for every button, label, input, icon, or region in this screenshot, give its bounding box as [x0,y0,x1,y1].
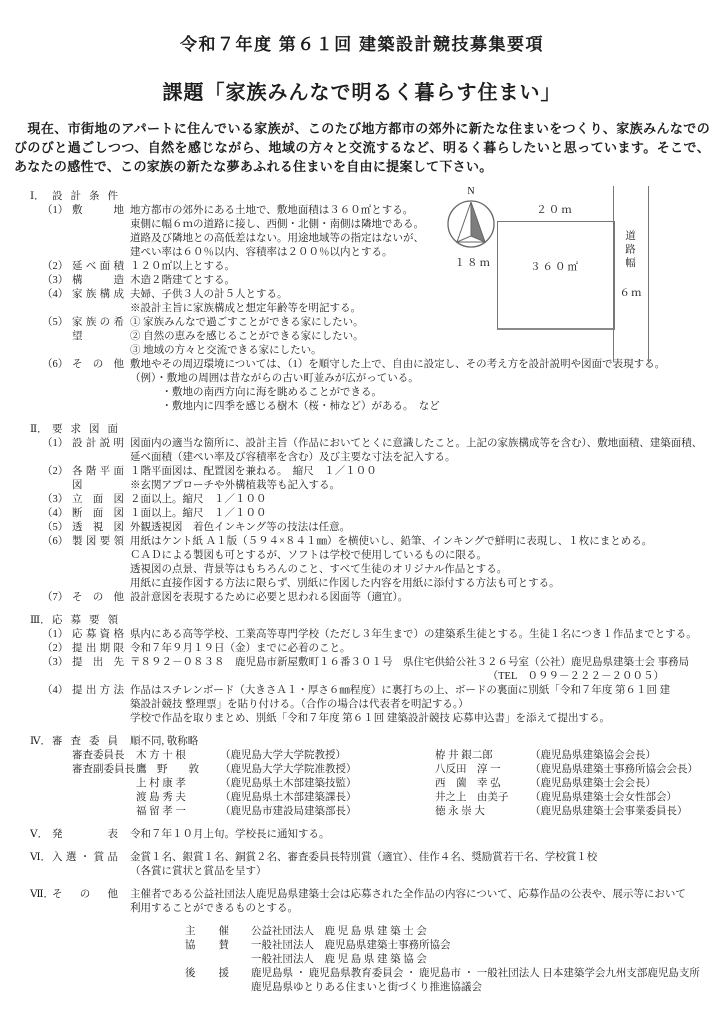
section-heading: Ⅳ．審査委員順不同, 敬称略 [30,735,710,749]
judge-role [72,777,136,791]
item-number: （1） [42,628,72,642]
judge-name: 八反田 淳 一 [435,763,530,777]
item-row: （6）製図要領用紙はケント紙 Ａ１版（５９４×８４１㎜）を横使いし、鉛筆、インキ… [30,535,710,591]
section-number: Ⅶ． [30,888,52,916]
item-label: 家族構成 [72,288,124,316]
road-edge-line [648,186,649,362]
judges-list: 審査委員長木 方 十 根（鹿児島大学大学院教授）栫 井 銀二郎（鹿児島県建築協会… [30,749,710,819]
judge-name: 栫 井 銀二郎 [435,749,530,763]
organizer-line: 一般社団法人 鹿 児 島 県 建 築 協 会 [251,953,710,967]
organizer-role-label: 後援 [185,967,229,995]
item-line: ※玄関アプローチや外構植栽等も記入する。 [130,479,710,493]
judge-name: 井之上 由美子 [435,791,530,805]
item-number: （4） [42,288,72,316]
section-heading: Ⅶ．その他主催者である公益社団法人鹿児島県建築士会は応募された全作品の内容につい… [30,888,710,916]
item-line: 〒８９２－０８３８ 鹿児島市新屋敷町１６番３０１号 県住宅供給公社３２６号室（公… [130,656,710,670]
item-line: 県内にある高等学校、工業高等専門学校（ただし３年生まで）の建築系生徒とする。生徒… [130,628,710,642]
item-line: １階平面図は、配置図を兼ねる。 縮尺 １／１００ [130,465,710,479]
item-label: 提出先 [72,656,124,684]
item-number: （3） [42,493,72,507]
item-number: （1） [42,204,72,260]
item-row: （2）提出期限令和７年９月１９日（金）までに必着のこと。 [30,642,710,656]
organizer-row: 後援鹿児島県 ・ 鹿児島県教育委員会 ・ 鹿児島市 ・ 一般社団法人 日本建築学… [185,967,710,995]
judge-organization: （鹿児島大学大学院准教授） [220,763,435,777]
item-label: 設計説明 [72,437,124,465]
section-number: Ⅱ． [30,423,52,437]
organizer-names: 公益社団法人 鹿 児 島 県 建 築 士 会 [251,925,710,939]
item-content: 作品はスチレンボード（大きさＡ１・厚さ６㎜程度）に裏打ちの上、ボードの裏面に別紙… [130,684,710,726]
item-label: 提出方法 [72,684,124,726]
item-number: （3） [42,274,72,288]
item-label: 立面図 [72,493,124,507]
item-number: （6） [42,358,72,414]
section-title: その他 [52,888,118,916]
judge-row: 上 村 康 孝（鹿児島県土木部建築技監）西 薗 幸 弘（鹿児島県建築士会会長） [72,777,710,791]
judge-row: 審査委員長木 方 十 根（鹿児島大学大学院教授）栫 井 銀二郎（鹿児島県建築協会… [72,749,710,763]
judge-role: 審査委員長 [72,749,136,763]
item-row: （6）その他敷地やその周辺環境については、（1）を順守した上で、自由に設定し、そ… [30,358,710,414]
item-line: 築設計競技 整理票」を貼り付ける。（合作の場合は代表者を明記する。） [130,698,710,712]
item-row: （2）各階平面図１階平面図は、配置図を兼ねる。 縮尺 １／１００※玄関アプローチ… [30,465,710,493]
item-label: 家族の希望 [72,316,124,358]
section-heading: Ⅵ．入選・賞品金賞１名、銀賞１名、銅賞２名、審査委員長特別賞（適宜）、佳作４名、… [30,851,710,879]
item-content: 図面内の適当な箇所に、設計主旨（作品においてとくに意識したこと。上記の家族構成等… [130,437,710,465]
section-line: 利用することができるものとする。 [130,902,710,916]
item-content: 敷地やその周辺環境については、（1）を順守した上で、自由に設定し、その考え方を設… [130,358,710,414]
item-line: ＣＡＤによる製図も可とするが、ソフトは学校で使用しているものに限る。 [130,549,710,563]
item-line: 延べ面積（建ぺい率及び容積率を含む）及び主要な寸法を記入する。 [130,451,710,465]
section-title: 審査委員 [52,735,118,749]
item-content: 県内にある高等学校、工業高等専門学校（ただし３年生まで）の建築系生徒とする。生徒… [130,628,710,642]
item-line: 図面内の適当な箇所に、設計主旨（作品においてとくに意識したこと。上記の家族構成等… [130,437,710,451]
judge-row: 渡 島 秀 夫（鹿児島県土木部建築課長）井之上 由美子（鹿児島県建築士会女性部会… [72,791,710,805]
section-line: 金賞１名、銀賞１名、銅賞２名、審査委員長特別賞（適宜）、佳作４名、奨励賞若干名、… [130,851,710,865]
item-line: 作品はスチレンボード（大きさＡ１・厚さ６㎜程度）に裏打ちの上、ボードの裏面に別紙… [130,684,710,698]
item-line: ・敷地内に四季を感じる樹木（桜・柿など）がある。 など [130,400,710,414]
section-title: 要求図面 [52,423,118,437]
judge-organization: （鹿児島市建設局建築部長） [220,805,435,819]
judge-organization: （鹿児島県土木部建築技監） [220,777,435,791]
section-content: 令和７年１０月上旬。学校長に通知する。 [130,828,710,842]
item-line: 用紙に直接作図する方法に限らず、別紙に作図した内容を用紙に添付する方法も可とする… [130,577,710,591]
item-row: （5）透視図外観透視図 着色インキング等の技法は任意。 [30,521,710,535]
organizer-line: 鹿児島県ゆとりある住まいと街づくり推進協議会 [251,981,710,995]
competition-theme: 課題「家族みんなで明るく暮らす住まい」 [0,76,724,105]
item-number: （7） [42,591,72,605]
item-line: 外観透視図 着色インキング等の技法は任意。 [130,521,710,535]
item-line: 設計意図を表現するために必要と思われる図面等（適宜）。 [130,591,710,605]
north-compass: N [443,186,499,253]
organizer-line: 一般社団法人 鹿児島県建築士事務所協会 [251,939,710,953]
item-line: 学校で作品を取りまとめ、別紙「令和７年度 第６１回 建築設計競技 応募申込書」を… [130,712,710,726]
section-number: Ⅲ． [30,614,52,628]
item-content: 〒８９２－０８３８ 鹿児島市新屋敷町１６番３０１号 県住宅供給公社３２６号室（公… [130,656,710,684]
organizer-names: 鹿児島県 ・ 鹿児島県教育委員会 ・ 鹿児島市 ・ 一般社団法人 日本建築学会九… [251,967,710,995]
item-label: 提出期限 [72,642,124,656]
judge-row: 審査副委員長鷹 野 敦（鹿児島大学大学院准教授）八反田 淳 一（鹿児島県建築士事… [72,763,710,777]
judge-name: 上 村 康 孝 [136,777,220,791]
item-content: １階平面図は、配置図を兼ねる。 縮尺 １／１００※玄関アプローチや外構植栽等も記… [130,465,710,493]
section-content: 主催者である公益社団法人鹿児島県建築士会は応募された全作品の内容について、応募作… [130,888,710,916]
section-title: 応募要領 [52,614,118,628]
item-line: （TEL ０９９－２２２－２００５） [130,670,710,684]
item-label: 断面図 [72,507,124,521]
item-row: （7）その他設計意図を表現するために必要と思われる図面等（適宜）。 [30,591,710,605]
judges-note: 順不同, 敬称略 [130,735,710,749]
section: Ⅱ．要求図面（1）設計説明図面内の適当な箇所に、設計主旨（作品においてとくに意識… [30,423,710,605]
item-number: （2） [42,465,72,493]
item-label: 透視図 [72,521,124,535]
section-number: Ⅵ． [30,851,52,879]
item-label: 製図要領 [72,535,124,591]
site-dimension-top: ２０ｍ [497,202,613,217]
judge-name: 渡 島 秀 夫 [136,791,220,805]
document-page: 令和７年度 第６１回 建築設計競技募集要項 課題「家族みんなで明るく暮らす住まい… [0,0,724,1024]
section: Ⅲ．応募要領（1）応募資格県内にある高等学校、工業高等専門学校（ただし３年生まで… [30,614,710,726]
section-heading: Ⅱ．要求図面 [30,423,710,437]
item-number: （4） [42,684,72,726]
item-line: ２面以上。縮尺 １／１００ [130,493,710,507]
item-row: （1）設計説明図面内の適当な箇所に、設計主旨（作品においてとくに意識したこと。上… [30,437,710,465]
judge-name: 西 薗 幸 弘 [435,777,530,791]
item-number: （3） [42,656,72,684]
judge-role [72,791,136,805]
organizer-line: 鹿児島県 ・ 鹿児島県教育委員会 ・ 鹿児島市 ・ 一般社団法人 日本建築学会九… [251,967,710,981]
item-content: 用紙はケント紙 Ａ１版（５９４×８４１㎜）を横使いし、鉛筆、インキングで鮮明に表… [130,535,710,591]
item-row: （4）断面図１面以上。縮尺 １／１００ [30,507,710,521]
site-dimension-left: １８ｍ [444,255,492,270]
item-line: 令和７年９月１９日（金）までに必着のこと。 [130,642,710,656]
judge-row: 福 留 孝 一（鹿児島市建設局建築部長）徳 永 崇 大（鹿児島県建築士会事業委員… [72,805,710,819]
item-label: 延べ面積 [72,260,124,274]
site-area-label: ３６０㎡ [497,259,613,274]
item-row: （3）提出先〒８９２－０８３８ 鹿児島市新屋敷町１６番３０１号 県住宅供給公社３… [30,656,710,684]
section: Ⅶ．その他主催者である公益社団法人鹿児島県建築士会は応募された全作品の内容につい… [30,888,710,916]
intro-paragraph: 現在、市街地のアパートに住んでいる家族が、このたび地方都市の郊外に新たな住まいを… [14,119,710,177]
judge-role [72,805,136,819]
judge-role: 審査副委員長 [72,763,136,777]
item-label: 応募資格 [72,628,124,642]
organizers-block: 主催公益社団法人 鹿 児 島 県 建 築 士 会協賛一般社団法人 鹿児島県建築士… [30,925,710,995]
judge-organization: （鹿児島県建築士会事業委員長） [530,805,710,819]
item-row: （4）提出方法作品はスチレンボード（大きさＡ１・厚さ６㎜程度）に裏打ちの上、ボー… [30,684,710,726]
item-number: （5） [42,316,72,358]
section-heading: Ⅲ．応募要領 [30,614,710,628]
item-content: １面以上。縮尺 １／１００ [130,507,710,521]
section: Ⅳ．審査委員順不同, 敬称略審査委員長木 方 十 根（鹿児島大学大学院教授）栫 … [30,735,710,819]
judge-organization: （鹿児島大学大学院教授） [220,749,435,763]
judge-name: 鷹 野 敦 [136,763,220,777]
item-label: 敷地 [72,204,124,260]
organizer-row: 主催公益社団法人 鹿 児 島 県 建 築 士 会 [185,925,710,939]
item-content: 令和７年９月１９日（金）までに必着のこと。 [130,642,710,656]
item-line: 用紙はケント紙 Ａ１版（５９４×８４１㎜）を横使いし、鉛筆、インキングで鮮明に表… [130,535,710,549]
section-number: Ⅰ． [30,190,52,204]
section-content: 金賞１名、銀賞１名、銅賞２名、審査委員長特別賞（適宜）、佳作４名、奨励賞若干名、… [130,851,710,879]
site-boundary [497,221,615,330]
site-plan-diagram: N ２０ｍ １８ｍ ３６０㎡ 道路幅 ６ｍ [440,186,724,364]
north-compass-icon [445,198,497,250]
section: Ⅵ．入選・賞品金賞１名、銀賞１名、銅賞２名、審査委員長特別賞（適宜）、佳作４名、… [30,851,710,879]
judge-organization: （鹿児島県建築士会女性部会） [530,791,710,805]
section-number: Ⅳ． [30,735,52,749]
section-number: Ⅴ． [30,828,52,842]
judge-name: 徳 永 崇 大 [435,805,530,819]
item-number: （5） [42,521,72,535]
organizer-row: 協賛一般社団法人 鹿児島県建築士事務所協会一般社団法人 鹿 児 島 県 建 築 … [185,939,710,967]
item-number: （2） [42,260,72,274]
item-number: （2） [42,642,72,656]
organizer-role-label: 主催 [185,925,229,939]
judge-organization: （鹿児島県建築協会会長） [530,749,710,763]
document-title: 令和７年度 第６１回 建築設計競技募集要項 [0,30,724,55]
judge-organization: （鹿児島県土木部建築課長） [220,791,435,805]
item-number: （4） [42,507,72,521]
section: Ⅴ．発表令和７年１０月上旬。学校長に通知する。 [30,828,710,842]
item-label: 構造 [72,274,124,288]
item-content: 設計意図を表現するために必要と思われる図面等（適宜）。 [130,591,710,605]
item-label: 各階平面図 [72,465,124,493]
item-line: 透視図の点景、背景等はもちろんのこと、すべて生徒のオリジナル作品とする。 [130,563,710,577]
organizer-names: 一般社団法人 鹿児島県建築士事務所協会一般社団法人 鹿 児 島 県 建 築 協 … [251,939,710,967]
item-line: １面以上。縮尺 １／１００ [130,507,710,521]
road-label: 道路幅 [622,230,637,271]
item-content: ２面以上。縮尺 １／１００ [130,493,710,507]
item-label: その他 [72,591,124,605]
judge-organization: （鹿児島県建築士会会長） [530,777,710,791]
item-row: （3）立面図２面以上。縮尺 １／１００ [30,493,710,507]
item-number: （6） [42,535,72,591]
section-heading: Ⅴ．発表令和７年１０月上旬。学校長に通知する。 [30,828,710,842]
section-line: （各賞に賞状と賞品を呈す） [130,865,710,879]
section-line: 令和７年１０月上旬。学校長に通知する。 [130,828,710,842]
road-width-label: ６ｍ [616,285,646,300]
judge-organization: （鹿児島県建築士事務所協会会長） [530,763,710,777]
organizer-role-label: 協賛 [185,939,229,967]
item-content: 外観透視図 着色インキング等の技法は任意。 [130,521,710,535]
item-row: （1）応募資格県内にある高等学校、工業高等専門学校（ただし３年生まで）の建築系生… [30,628,710,642]
section-title: 入選・賞品 [52,851,118,879]
judge-name: 福 留 孝 一 [136,805,220,819]
item-label: その他 [72,358,124,414]
item-line: ・敷地の南西方向に海を眺めることができる。 [130,386,710,400]
item-line: （例）・敷地の周囲は昔ながらの古い町並みが広がっている。 [130,372,710,386]
north-label: N [443,186,499,197]
section-line: 主催者である公益社団法人鹿児島県建築士会は応募された全作品の内容について、応募作… [130,888,710,902]
organizer-line: 公益社団法人 鹿 児 島 県 建 築 士 会 [251,925,710,939]
road-edge-line [613,186,614,362]
judge-name: 木 方 十 根 [136,749,220,763]
section-title: 設計条件 [52,190,118,204]
section-title: 発表 [52,828,118,842]
item-number: （1） [42,437,72,465]
